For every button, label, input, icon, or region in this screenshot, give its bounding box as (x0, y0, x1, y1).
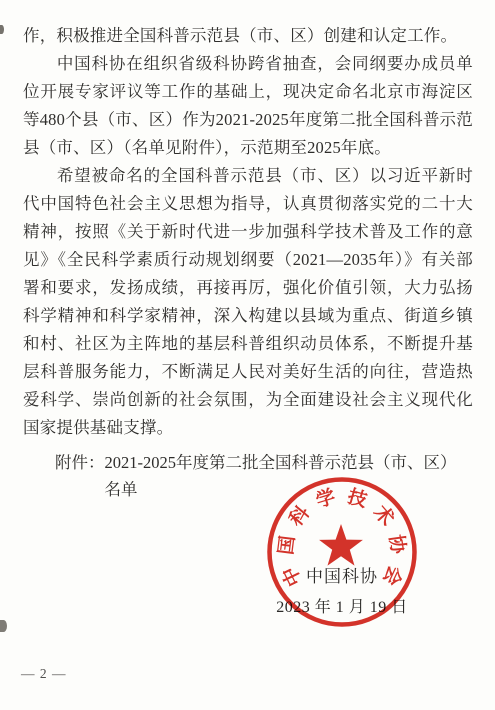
seal-char: 协 (385, 533, 411, 556)
scan-artifact-top (0, 25, 4, 34)
paragraph-expectation: 希望被命名的全国科普示范县（市、区）以习近平新时代中国特色社会主义思想为指导，认… (23, 162, 473, 442)
paragraph-decision: 中国科协在组织省级科协跨省抽查，会同纲要办成员单位开展专家评议等工作的基础上，现… (23, 50, 473, 162)
page-number-footer: — 2 — (21, 666, 67, 682)
seal-char: 学 (313, 485, 338, 513)
attachment-title-line2: 名单 (105, 480, 138, 499)
seal-char: 中 (277, 563, 306, 590)
document-page: 作，积极推进全国科普示范县（市、区）创建和认定工作。 中国科协在组织省级科协跨省… (0, 0, 495, 710)
scan-artifact-bottom (0, 620, 7, 632)
seal-char: 会 (378, 562, 407, 589)
seal-star-icon (319, 524, 363, 566)
seal-char: 国 (275, 534, 299, 556)
seal-char: 技 (345, 484, 370, 511)
attachment-label: 附件： (55, 449, 105, 503)
body-text: 作，积极推进全国科普示范县（市、区）创建和认定工作。 中国科协在组织省级科协跨省… (23, 22, 473, 442)
paragraph-continuation: 作，积极推进全国科普示范县（市、区）创建和认定工作。 (23, 22, 473, 50)
official-seal: 中 国 科 学 技 术 协 会 (257, 467, 427, 637)
